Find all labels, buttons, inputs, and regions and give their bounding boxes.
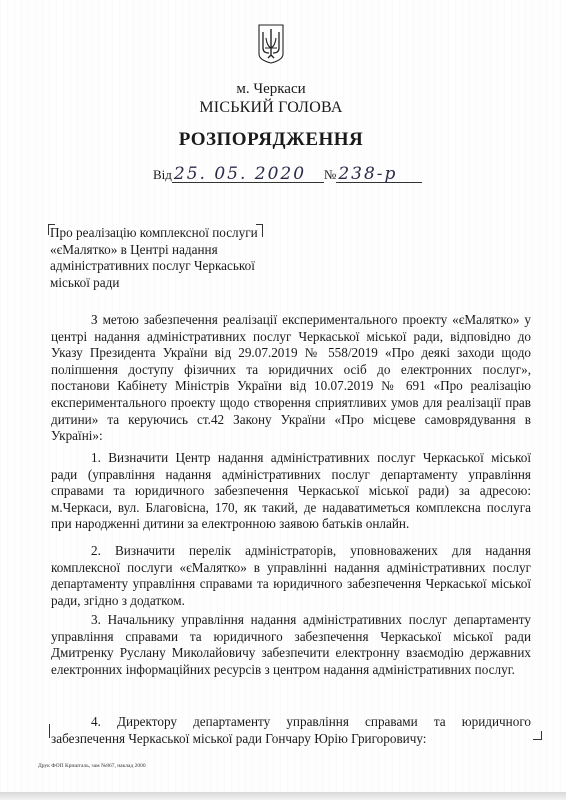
page-edge	[0, 792, 566, 800]
date-number-line: Від 25. 05. 2020 № 238-р	[153, 166, 422, 183]
clause-2: 2. Визначити перелік адміністраторів, уп…	[51, 543, 531, 609]
document-title: РОЗПОРЯДЖЕННЯ	[0, 129, 542, 151]
document-subject: Про реалізацію комплексної послуги «єМал…	[50, 225, 260, 291]
preamble-paragraph: З метою забезпечення реалізації експерим…	[51, 312, 531, 445]
print-footer: Друк ФОП Кришталь, зам №867, наклад 2000	[38, 763, 146, 769]
document-page: м. Черкаси МІСЬКИЙ ГОЛОВА РОЗПОРЯДЖЕННЯ …	[0, 0, 566, 800]
handwritten-number: 238-р	[336, 166, 422, 183]
clause-4: 4. Директору департаменту управління спр…	[51, 714, 531, 747]
authority-title: МІСЬКИЙ ГОЛОВА	[0, 99, 542, 117]
text-bracket-bottom-right	[533, 731, 542, 740]
text-cursor-mark	[49, 724, 50, 738]
coat-of-arms-of-ukraine-icon	[258, 24, 284, 64]
clause-1: 1. Визначити Центр надання адміністратив…	[51, 450, 531, 533]
number-label: №	[324, 167, 336, 183]
city-name: м. Черкаси	[0, 81, 542, 98]
date-label: Від	[153, 167, 172, 183]
clause-3: 3. Начальнику управління надання адмініс…	[51, 612, 531, 678]
handwritten-date: 25. 05. 2020	[172, 166, 324, 183]
